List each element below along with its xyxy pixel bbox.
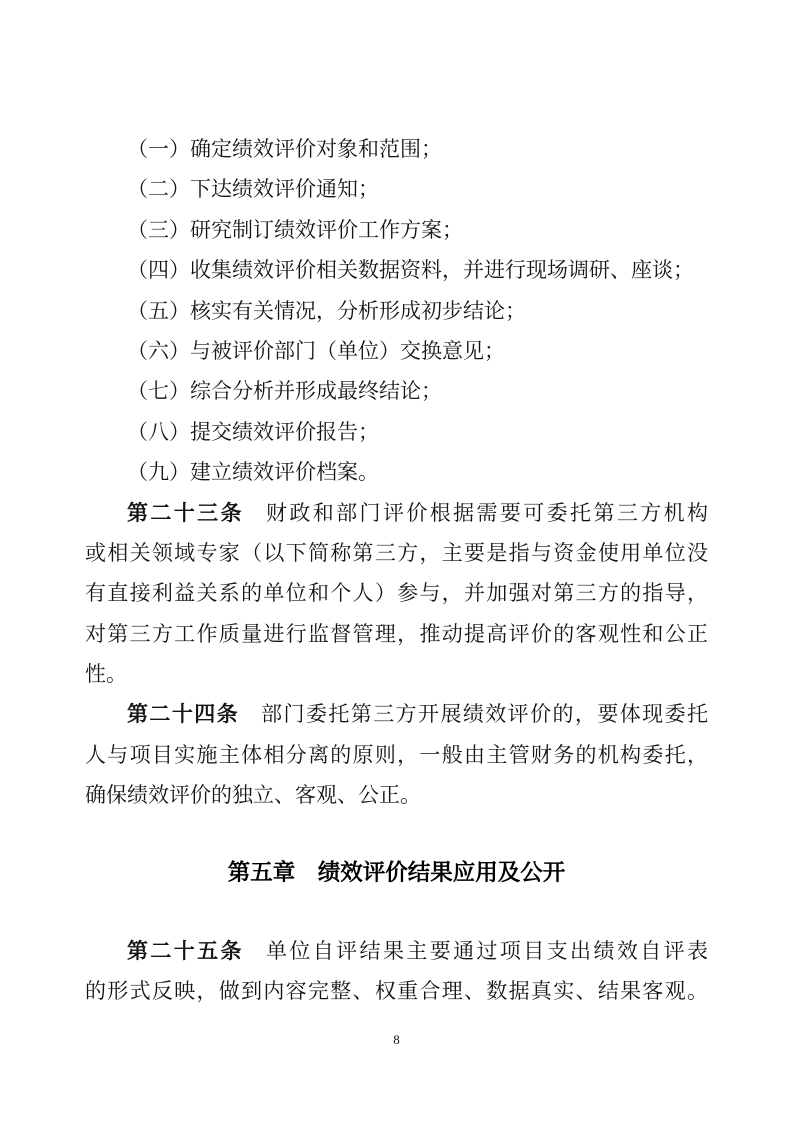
paragraph-line: 人与项目实施主体相分离的原则，一般由主管财务的机构委托， — [85, 735, 708, 775]
list-item: （九）建立绩效评价档案。 — [85, 452, 708, 492]
article-25-lead: 第二十五条 — [127, 939, 244, 963]
list-item: （二）下达绩效评价通知； — [85, 169, 708, 209]
paragraph-line: 确保绩效评价的独立、客观、公正。 — [85, 775, 708, 815]
document-page: （一）确定绩效评价对象和范围； （二）下达绩效评价通知； （三）研究制订绩效评价… — [0, 0, 793, 1122]
paragraph-line: 的形式反映，做到内容完整、权重合理、数据真实、结果客观。 — [85, 971, 708, 1011]
paragraph-text: 单位自评结果主要通过项目支出绩效自评表 — [266, 939, 708, 963]
paragraph-line: 第二十四条部门委托第三方开展绩效评价的，要体现委托 — [85, 694, 708, 734]
list-item: （六）与被评价部门（单位）交换意见； — [85, 331, 708, 371]
document-body: （一）确定绩效评价对象和范围； （二）下达绩效评价通知； （三）研究制订绩效评价… — [85, 0, 708, 1012]
paragraph-line: 第二十五条单位自评结果主要通过项目支出绩效自评表 — [85, 931, 708, 971]
article-24-lead: 第二十四条 — [127, 702, 239, 726]
paragraph-line: 对第三方工作质量进行监督管理，推动提高评价的客观性和公正 — [85, 614, 708, 654]
list-item: （八）提交绩效评价报告； — [85, 412, 708, 452]
paragraph-text: 部门委托第三方开展绩效评价的，要体现委托 — [261, 702, 708, 726]
article-23-lead: 第二十三条 — [127, 501, 244, 525]
paragraph-text: 财政和部门评价根据需要可委托第三方机构 — [266, 501, 708, 525]
list-item: （七）综合分析并形成最终结论； — [85, 371, 708, 411]
list-item: （一）确定绩效评价对象和范围； — [85, 129, 708, 169]
list-item: （三）研究制订绩效评价工作方案； — [85, 210, 708, 250]
chapter-heading: 第五章 绩效评价结果应用及公开 — [85, 853, 708, 893]
paragraph-line: 有直接利益关系的单位和个人）参与，并加强对第三方的指导， — [85, 573, 708, 613]
page-number: 8 — [0, 1032, 793, 1048]
paragraph-line: 或相关领域专家（以下简称第三方，主要是指与资金使用单位没 — [85, 533, 708, 573]
paragraph-line: 第二十三条财政和部门评价根据需要可委托第三方机构 — [85, 493, 708, 533]
paragraph-line: 性。 — [85, 654, 708, 694]
list-item: （五）核实有关情况，分析形成初步结论； — [85, 291, 708, 331]
list-item: （四）收集绩效评价相关数据资料，并进行现场调研、座谈； — [85, 250, 708, 290]
